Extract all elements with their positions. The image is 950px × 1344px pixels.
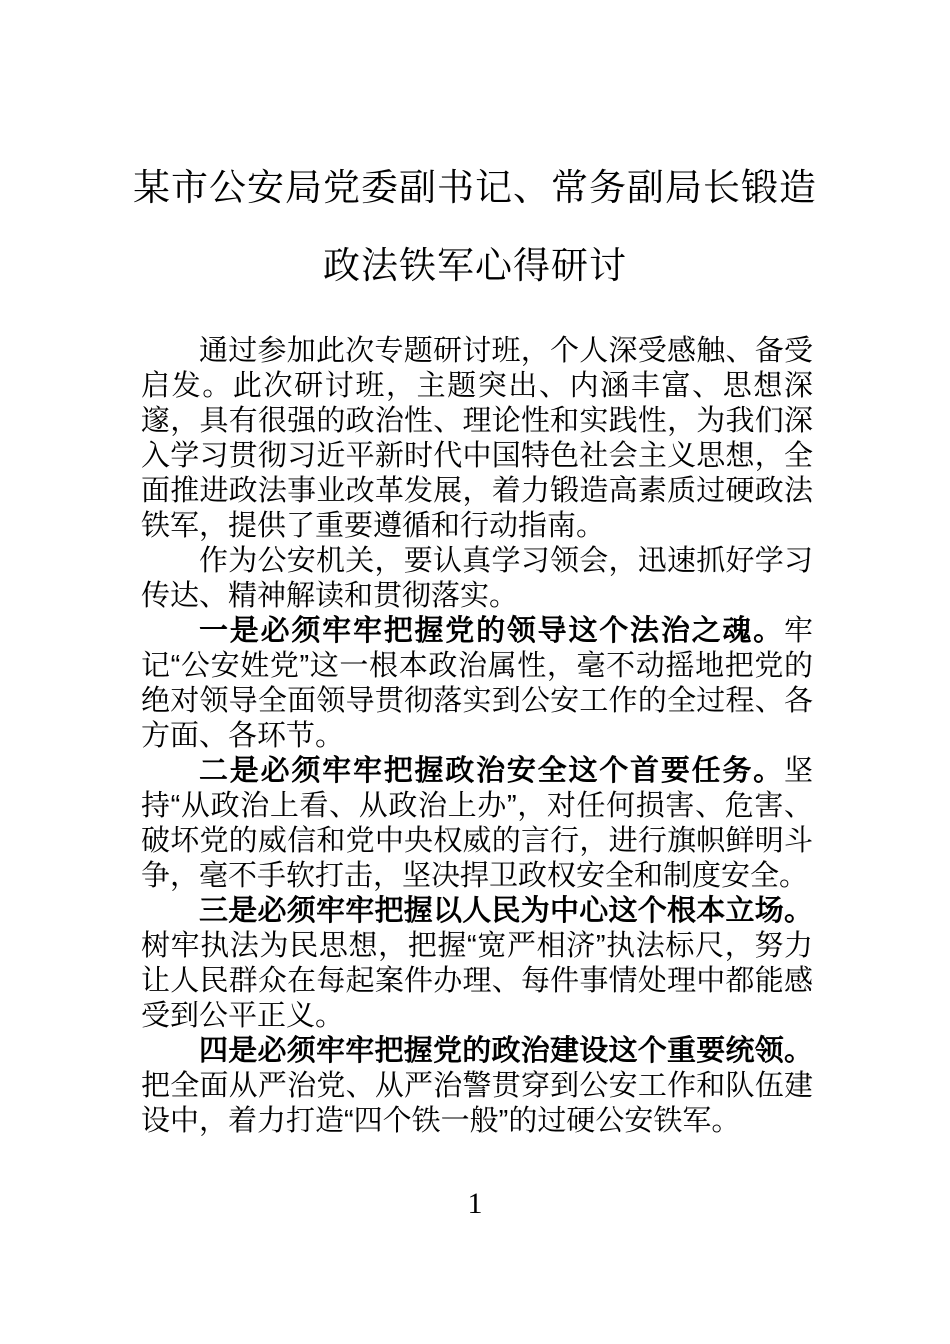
document-title-line-1: 某市公安局党委副书记、常务副局长锻造 [0, 149, 950, 227]
paragraph-1: 通过参加此次专题研讨班，个人深受感触、备受启发。此次研讨班，主题突出、内涵丰富、… [141, 334, 813, 544]
document-body: 通过参加此次专题研讨班，个人深受感触、备受启发。此次研讨班，主题突出、内涵丰富、… [141, 334, 813, 1139]
paragraph-4: 二是必须牢牢把握政治安全这个首要任务。坚持“从政治上看、从政治上办”，对任何损害… [141, 754, 813, 894]
paragraph-2-text: 作为公安机关，要认真学习领会，迅速抓好学习传达、精神解读和贯彻落实。 [141, 545, 813, 612]
paragraph-4-lead: 二是必须牢牢把握政治安全这个首要任务。 [199, 755, 784, 787]
paragraph-5: 三是必须牢牢把握以人民为中心这个根本立场。树牢执法为民思想，把握“宽严相济”执法… [141, 894, 813, 1034]
paragraph-2: 作为公安机关，要认真学习领会，迅速抓好学习传达、精神解读和贯彻落实。 [141, 544, 813, 614]
paragraph-3-lead: 一是必须牢牢把握党的领导这个法治之魂。 [199, 615, 784, 647]
paragraph-6-lead: 四是必须牢牢把握党的政治建设这个重要统领。 [199, 1035, 813, 1067]
paragraph-6: 四是必须牢牢把握党的政治建设这个重要统领。把全面从严治党、从严治警贯穿到公安工作… [141, 1034, 813, 1139]
paragraph-6-text: 把全面从严治党、从严治警贯穿到公安工作和队伍建设中，着力打造“四个铁一般”的过硬… [141, 1070, 813, 1137]
paragraph-5-lead: 三是必须牢牢把握以人民为中心这个根本立场。 [199, 895, 813, 927]
page-number: 1 [0, 1186, 950, 1221]
paragraph-5-text: 树牢执法为民思想，把握“宽严相济”执法标尺，努力让人民群众在每起案件办理、每件事… [141, 930, 813, 1032]
paragraph-3: 一是必须牢牢把握党的领导这个法治之魂。牢记“公安姓党”这一根本政治属性，毫不动摇… [141, 614, 813, 754]
paragraph-1-text: 通过参加此次专题研讨班，个人深受感触、备受启发。此次研讨班，主题突出、内涵丰富、… [141, 335, 813, 542]
document-page: 某市公安局党委副书记、常务副局长锻造 政法铁军心得研讨 通过参加此次专题研讨班，… [0, 0, 950, 1344]
document-title-line-2: 政法铁军心得研讨 [0, 227, 950, 305]
document-title: 某市公安局党委副书记、常务副局长锻造 政法铁军心得研讨 [0, 0, 950, 305]
